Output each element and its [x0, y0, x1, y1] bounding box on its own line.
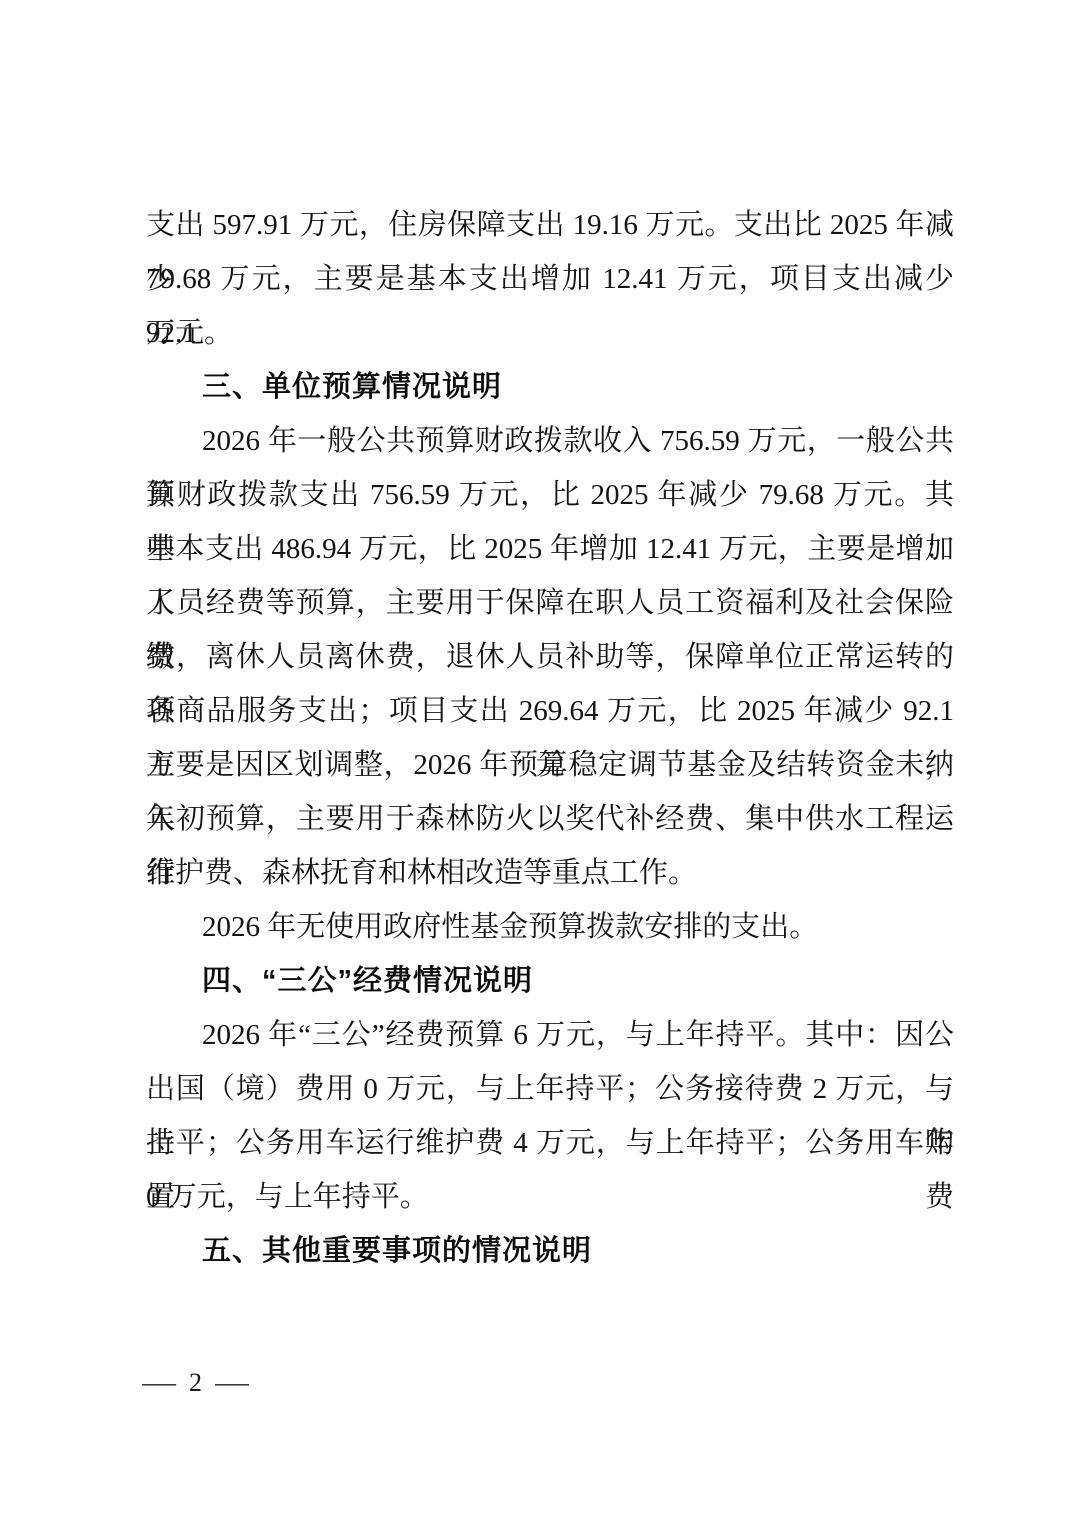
text-line: 出国（境）费用 0 万元，与上年持平；公务接待费 2 万元，与上年	[146, 1062, 954, 1116]
text-line: 2026 年无使用政府性基金预算拨款安排的支出。	[146, 900, 954, 954]
text-line: 年初预算，主要用于森林防火以奖代补经费、集中供水工程运行	[146, 792, 954, 846]
text-line: 项商品服务支出；项目支出 269.64 万元，比 2025 年减少 92.1 万…	[146, 684, 954, 738]
text-line: 基本支出 486.94 万元，比 2025 年增加 12.41 万元，主要是增加…	[146, 522, 954, 576]
text-line: 算财政拨款支出 756.59 万元，比 2025 年减少 79.68 万元。其中…	[146, 468, 954, 522]
document-page: 支出 597.91 万元，住房保障支出 19.16 万元。支出比 2025 年减…	[0, 0, 1074, 1520]
text-line: 万元。	[146, 306, 954, 360]
text-line: 费，离休人员离休费，退休人员补助等，保障单位正常运转的各	[146, 630, 954, 684]
document-body: 支出 597.91 万元，住房保障支出 19.16 万元。支出比 2025 年减…	[146, 198, 954, 1278]
section-heading-4: 四、“三公”经费情况说明	[146, 954, 954, 1008]
text-line: 主要是因区划调整，2026 年预算稳定调节基金及结转资金未纳入	[146, 738, 954, 792]
text-line: 2026 年“三公”经费预算 6 万元，与上年持平。其中：因公	[146, 1008, 954, 1062]
page-number: 2	[189, 1368, 202, 1398]
text-line: 持平；公务用车运行维护费 4 万元，与上年持平；公务用车购置费	[146, 1116, 954, 1170]
text-line: 2026 年一般公共预算财政拨款收入 756.59 万元，一般公共预	[146, 414, 954, 468]
text-line: 人员经费等预算，主要用于保障在职人员工资福利及社会保险缴	[146, 576, 954, 630]
footer-right-dash: —	[215, 1368, 249, 1398]
section-heading-3: 三、单位预算情况说明	[146, 360, 954, 414]
text-line: 维护费、森林抚育和林相改造等重点工作。	[146, 846, 954, 900]
footer-left-dash: —	[142, 1368, 176, 1398]
text-line: 支出 597.91 万元，住房保障支出 19.16 万元。支出比 2025 年减…	[146, 198, 954, 252]
section-heading-5: 五、其他重要事项的情况说明	[146, 1224, 954, 1278]
page-footer: — 2 —	[146, 1361, 245, 1405]
text-line: 79.68 万元，主要是基本支出增加 12.41 万元，项目支出减少 92.1	[146, 252, 954, 306]
